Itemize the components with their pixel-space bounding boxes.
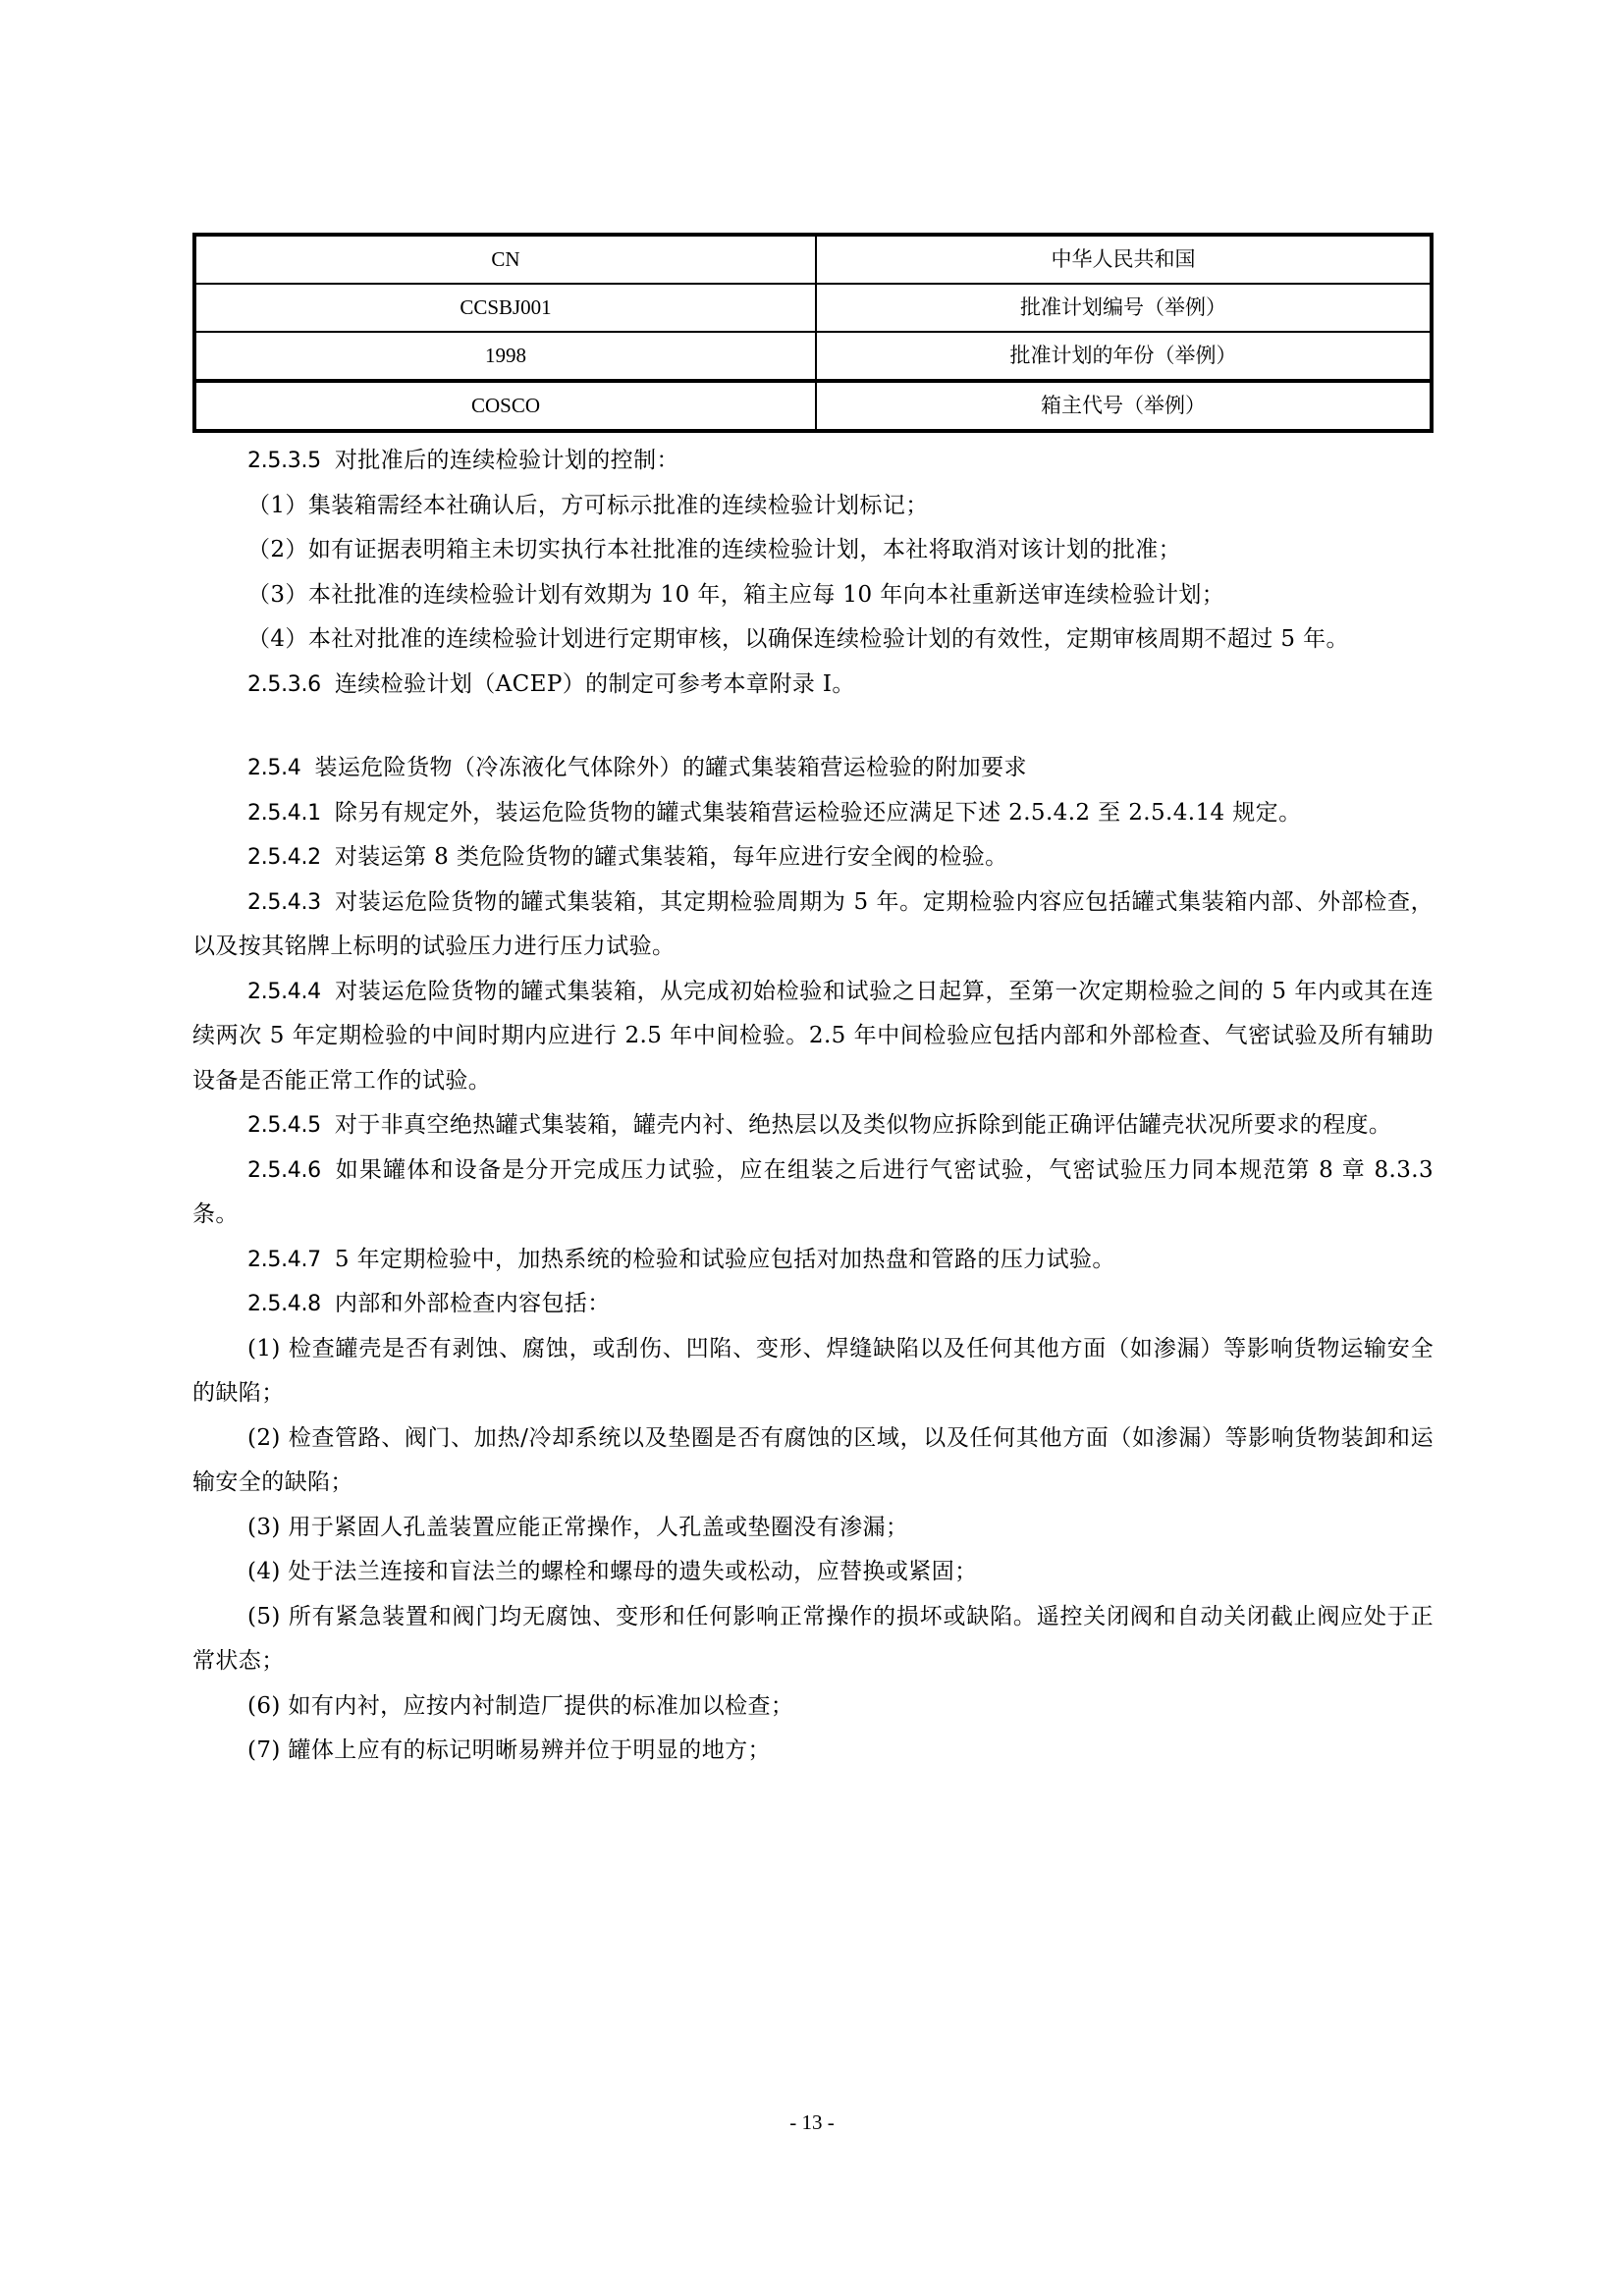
- list-item: (5) 所有紧急装置和阀门均无腐蚀、变形和任何影响正常操作的损坏或缺陷。遥控关闭…: [192, 1595, 1434, 1684]
- clause-text: 如果罐体和设备是分开完成压力试验，应在组装之后进行气密试验，气密试验压力同本规范…: [192, 1157, 1434, 1228]
- list-item: （4）本社对批准的连续检验计划进行定期审核，以确保连续检验计划的有效性，定期审核…: [192, 617, 1434, 663]
- table-cell-code: 1998: [194, 332, 816, 381]
- clause-text: 除另有规定外，装运危险货物的罐式集装箱营运检验还应满足下述 2.5.4.2 至 …: [335, 800, 1302, 826]
- clause-2-5-3-6: 2.5.3.6连续检验计划（ACEP）的制定可参考本章附录 I。: [192, 663, 1434, 708]
- table-row: 1998 批准计划的年份（举例）: [194, 332, 1432, 381]
- clause-text: 连续检验计划（ACEP）的制定可参考本章附录 I。: [335, 671, 855, 697]
- clause-2-5-4-5: 2.5.4.5对于非真空绝热罐式集装箱，罐壳内衬、绝热层以及类似物应拆除到能正确…: [192, 1103, 1434, 1148]
- clause-2-5-4-2: 2.5.4.2对装运第 8 类危险货物的罐式集装箱，每年应进行安全阀的检验。: [192, 835, 1434, 881]
- section-title: 装运危险货物（冷冻液化气体除外）的罐式集装箱营运检验的附加要求: [314, 755, 1026, 780]
- clause-number: 2.5.3.6: [247, 672, 321, 697]
- clause-2-5-3-5: 2.5.3.5对批准后的连续检验计划的控制：: [192, 439, 1434, 484]
- table-cell-meaning: 中华人民共和国: [816, 235, 1432, 284]
- table-cell-meaning: 批准计划的年份（举例）: [816, 332, 1432, 381]
- section-heading-2-5-4: 2.5.4装运危险货物（冷冻液化气体除外）的罐式集装箱营运检验的附加要求: [192, 746, 1434, 791]
- table-cell-meaning: 批准计划编号（举例）: [816, 284, 1432, 332]
- clause-number: 2.5.4.1: [247, 801, 321, 826]
- table-cell-code: CN: [194, 235, 816, 284]
- clause-2-5-4-7: 2.5.4.75 年定期检验中，加热系统的检验和试验应包括对加热盘和管路的压力试…: [192, 1238, 1434, 1283]
- list-item: （2）如有证据表明箱主未切实执行本社批准的连续检验计划，本社将取消对该计划的批准…: [192, 528, 1434, 573]
- list-item: (4) 处于法兰连接和盲法兰的螺栓和螺母的遗失或松动，应替换或紧固；: [192, 1550, 1434, 1595]
- clause-2-5-4-8: 2.5.4.8内部和外部检查内容包括：: [192, 1282, 1434, 1327]
- clause-text: 对装运危险货物的罐式集装箱，从完成初始检验和试验之日起算，至第一次定期检验之间的…: [192, 979, 1434, 1094]
- clause-text: 5 年定期检验中，加热系统的检验和试验应包括对加热盘和管路的压力试验。: [335, 1247, 1115, 1272]
- clause-text: 内部和外部检查内容包括：: [335, 1291, 611, 1316]
- table-cell-meaning: 箱主代号（举例）: [816, 381, 1432, 431]
- clause-number: 2.5.4.8: [247, 1292, 321, 1316]
- clause-2-5-4-6: 2.5.4.6如果罐体和设备是分开完成压力试验，应在组装之后进行气密试验，气密试…: [192, 1148, 1434, 1238]
- clause-number: 2.5.4.7: [247, 1248, 321, 1272]
- clause-number: 2.5.4.4: [247, 980, 321, 1004]
- approval-code-table: CN 中华人民共和国 CCSBJ001 批准计划编号（举例） 1998 批准计划…: [192, 233, 1434, 433]
- clause-2-5-4-3: 2.5.4.3对装运危险货物的罐式集装箱，其定期检验周期为 5 年。定期检验内容…: [192, 881, 1434, 970]
- list-item: (3) 用于紧固人孔盖装置应能正常操作，人孔盖或垫圈没有渗漏；: [192, 1506, 1434, 1551]
- list-item: (6) 如有内衬，应按内衬制造厂提供的标准加以检查；: [192, 1684, 1434, 1730]
- table-row: CN 中华人民共和国: [194, 235, 1432, 284]
- clause-text: 对于非真空绝热罐式集装箱，罐壳内衬、绝热层以及类似物应拆除到能正确评估罐壳状况所…: [335, 1112, 1391, 1138]
- list-item: (2) 检查管路、阀门、加热/冷却系统以及垫圈是否有腐蚀的区域，以及任何其他方面…: [192, 1416, 1434, 1506]
- list-item: (7) 罐体上应有的标记明晰易辨并位于明显的地方；: [192, 1729, 1434, 1774]
- clause-number: 2.5.4.5: [247, 1113, 321, 1138]
- clause-number: 2.5.3.5: [247, 449, 321, 473]
- clause-text: 对装运危险货物的罐式集装箱，其定期检验周期为 5 年。定期检验内容应包括罐式集装…: [192, 889, 1434, 960]
- table-cell-code: COSCO: [194, 381, 816, 431]
- section-number: 2.5.4: [247, 756, 300, 780]
- table-cell-code: CCSBJ001: [194, 284, 816, 332]
- list-item: （1）集装箱需经本社确认后，方可标示批准的连续检验计划标记；: [192, 484, 1434, 529]
- page-content: CN 中华人民共和国 CCSBJ001 批准计划编号（举例） 1998 批准计划…: [192, 233, 1434, 1774]
- clause-2-5-4-4: 2.5.4.4对装运危险货物的罐式集装箱，从完成初始检验和试验之日起算，至第一次…: [192, 970, 1434, 1104]
- clause-text: 对批准后的连续检验计划的控制：: [335, 448, 679, 473]
- clause-2-5-4-1: 2.5.4.1除另有规定外，装运危险货物的罐式集装箱营运检验还应满足下述 2.5…: [192, 791, 1434, 836]
- table-row: COSCO 箱主代号（举例）: [194, 381, 1432, 431]
- clause-number: 2.5.4.2: [247, 845, 321, 870]
- clause-number: 2.5.4.3: [247, 890, 321, 915]
- clause-text: 对装运第 8 类危险货物的罐式集装箱，每年应进行安全阀的检验。: [335, 844, 1008, 870]
- list-item: （3）本社批准的连续检验计划有效期为 10 年，箱主应每 10 年向本社重新送审…: [192, 573, 1434, 618]
- table-row: CCSBJ001 批准计划编号（举例）: [194, 284, 1432, 332]
- clause-number: 2.5.4.6: [247, 1158, 321, 1183]
- page-number: - 13 -: [0, 2110, 1624, 2135]
- list-item: (1) 检查罐壳是否有剥蚀、腐蚀，或刮伤、凹陷、变形、焊缝缺陷以及任何其他方面（…: [192, 1327, 1434, 1416]
